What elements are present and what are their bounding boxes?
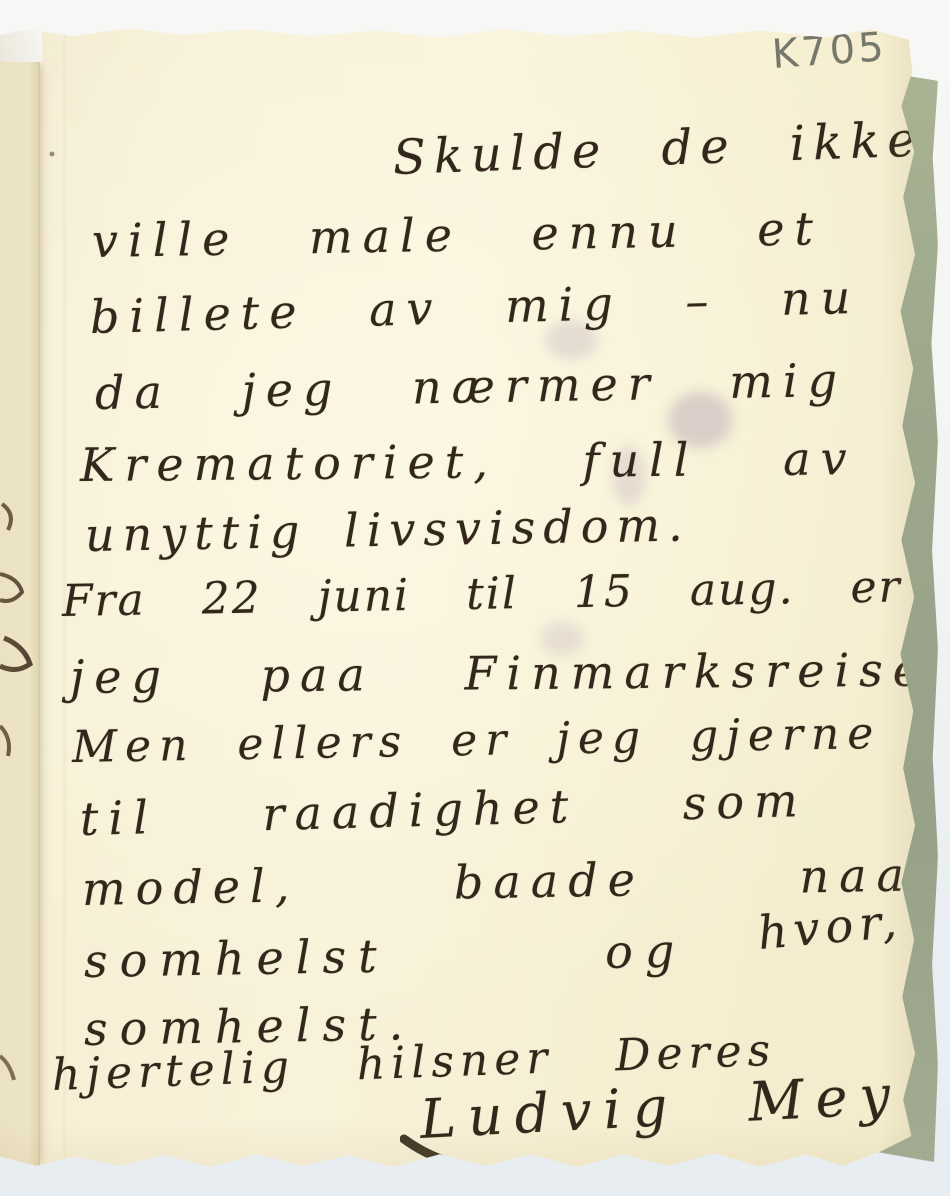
handwriting-line-10: til raadighet som [79,773,808,846]
page-fold-top-gap [0,26,42,62]
handwriting-line-13: somhelst og [84,923,687,988]
handwriting-line-12: hvor, [756,893,905,959]
handwriting-line-1: Skulde de ikke [392,111,925,185]
handwriting-line-6: unyttig livsvisdom. [85,497,692,562]
page-fold [0,60,40,1168]
handwriting-line-7: Fra 22 juni til 15 aug. er [62,561,902,627]
handwriting-line-9: Men ellers er jeg gjerne [72,708,882,773]
catalog-number: K705 [771,24,889,78]
handwriting-line-5: Krematoriet, full av [80,431,857,492]
handwriting-line-4: da jeg nærmer mig [95,353,848,420]
handwriting-line-3: billete av mig – nu [89,270,861,344]
scanned-letter: K705 Skulde de ikke ville male ennu et b… [0,0,950,1196]
handwriting-line-2: ville male ennu et [92,201,824,268]
handwriting-line-8: jeg paa Finmarksreise. [70,642,950,704]
letter-page: K705 Skulde de ikke ville male ennu et b… [0,26,916,1168]
